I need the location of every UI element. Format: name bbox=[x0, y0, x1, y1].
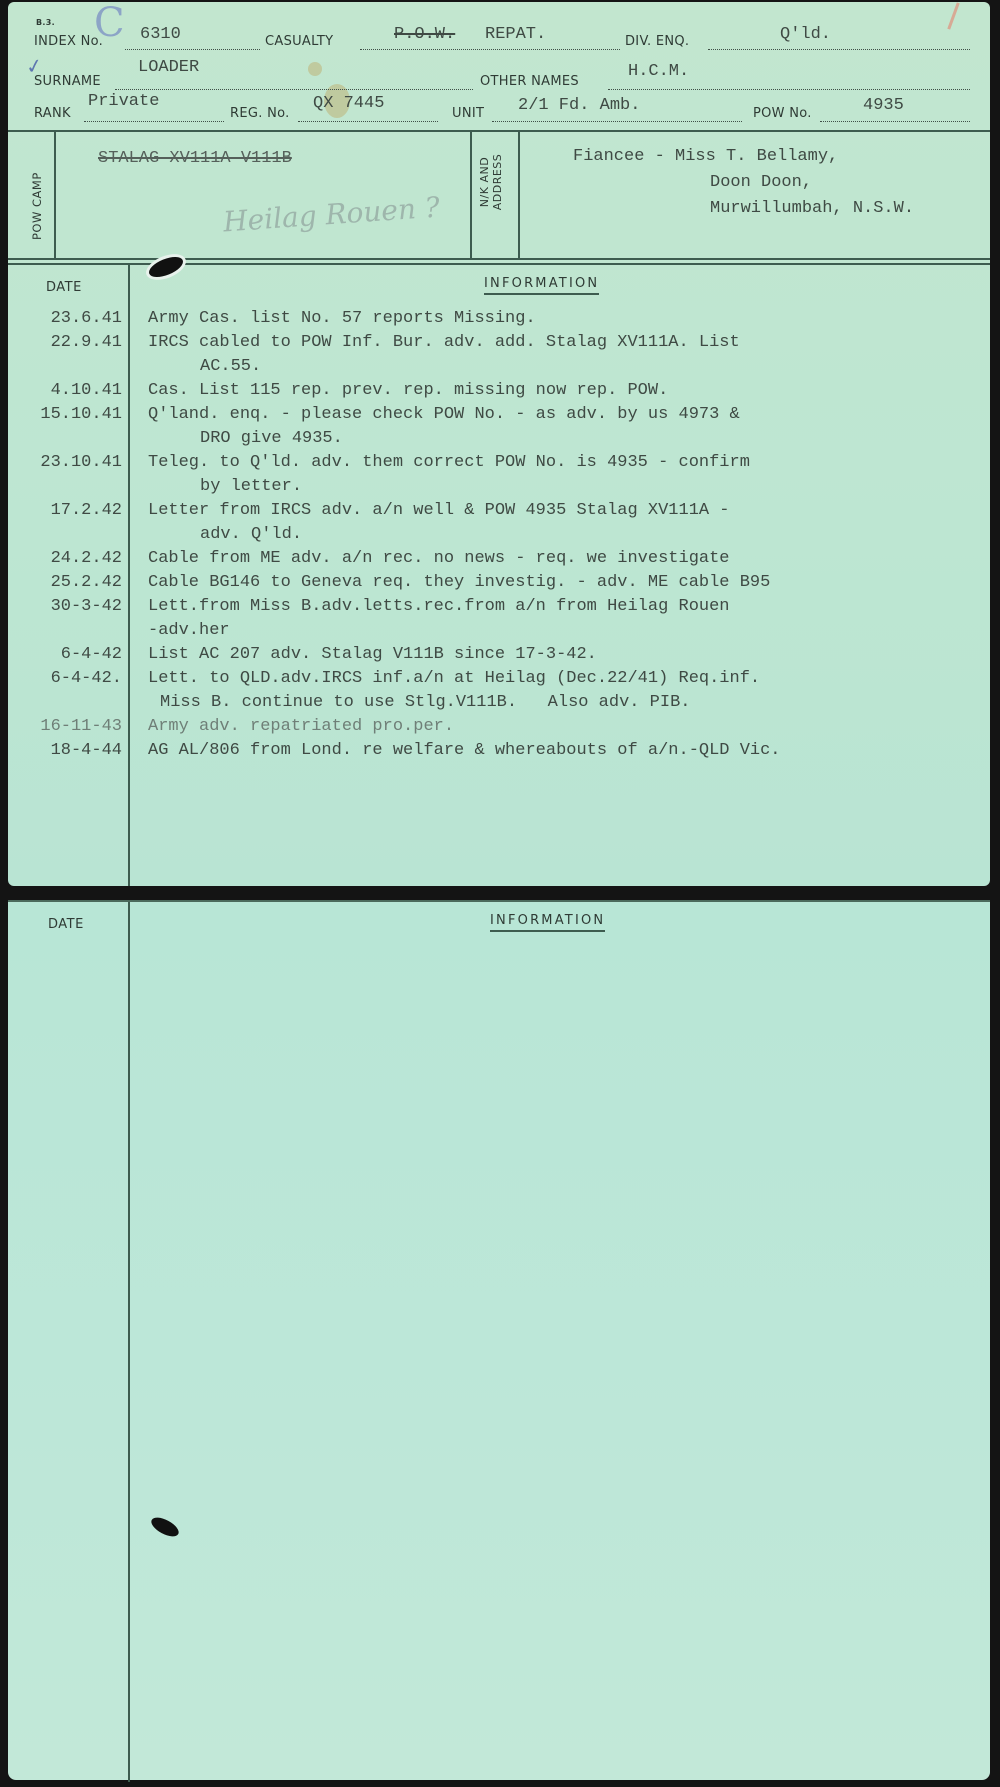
entry-text: Lett. to QLD.adv.IRCS inf.a/n at Heilag … bbox=[148, 667, 990, 691]
entry-row: 18-4-44AG AL/806 from Lond. re welfare &… bbox=[8, 739, 990, 763]
entry-date: 25.2.42 bbox=[8, 571, 122, 595]
entry-row: 22.9.41IRCS cabled to POW Inf. Bur. adv.… bbox=[8, 331, 990, 379]
divider bbox=[8, 900, 990, 902]
entry-row: 16-11-43Army adv. repatriated pro.per. bbox=[8, 715, 990, 739]
entry-row: 30-3-42Lett.from Miss B.adv.letts.rec.fr… bbox=[8, 595, 990, 643]
entry-date: 23.6.41 bbox=[8, 307, 122, 331]
entry-row: 6-4-42.Lett. to QLD.adv.IRCS inf.a/n at … bbox=[8, 667, 990, 715]
entry-date: 30-3-42 bbox=[8, 595, 122, 619]
information-column-header: INFORMATION bbox=[490, 913, 605, 932]
divider bbox=[470, 130, 472, 258]
div-enq-label: DIV. ENQ. bbox=[625, 34, 689, 49]
entry-date: 24.2.42 bbox=[8, 547, 122, 571]
dotted-line bbox=[492, 121, 742, 122]
dotted-line bbox=[820, 121, 970, 122]
pow-camp-label: POW CAMP bbox=[30, 172, 44, 240]
entry-row: 23.6.41Army Cas. list No. 57 reports Mis… bbox=[8, 307, 990, 331]
nk-line-3: Murwillumbah, N.S.W. bbox=[710, 196, 914, 222]
entry-row: 17.2.42Letter from IRCS adv. a/n well & … bbox=[8, 499, 990, 547]
unit-label: UNIT bbox=[452, 106, 484, 121]
entry-text: Cas. List 115 rep. prev. rep. missing no… bbox=[148, 379, 990, 403]
stain bbox=[308, 62, 322, 76]
entry-text: Cable from ME adv. a/n rec. no news - re… bbox=[148, 547, 990, 571]
pow-no-value: 4935 bbox=[863, 96, 904, 115]
entry-row: 4.10.41Cas. List 115 rep. prev. rep. mis… bbox=[8, 379, 990, 403]
divider bbox=[8, 130, 990, 132]
entry-date: 23.10.41 bbox=[8, 451, 122, 475]
entry-text: Letter from IRCS adv. a/n well & POW 493… bbox=[148, 499, 990, 523]
entry-text: Cable BG146 to Geneva req. they investig… bbox=[148, 571, 990, 595]
unit-value: 2/1 Fd. Amb. bbox=[518, 96, 640, 115]
entry-row: 25.2.42Cable BG146 to Geneva req. they i… bbox=[8, 571, 990, 595]
entry-text-continued: DRO give 4935. bbox=[200, 427, 990, 451]
red-pencil-mark bbox=[947, 2, 959, 29]
entry-date: 22.9.41 bbox=[8, 331, 122, 355]
dotted-line bbox=[115, 89, 473, 90]
div-enq-value: Q'ld. bbox=[780, 25, 831, 44]
surname-value: LOADER bbox=[138, 58, 199, 77]
record-card-front: C ✓ B.3. INDEX No. 6310 CASUALTY P.O.W. … bbox=[8, 2, 990, 886]
entry-date: 4.10.41 bbox=[8, 379, 122, 403]
reg-no-value: QX 7445 bbox=[313, 94, 384, 113]
dotted-line bbox=[298, 121, 438, 122]
entry-text: Army adv. repatriated pro.per. bbox=[148, 715, 990, 739]
entry-text: AG AL/806 from Lond. re welfare & wherea… bbox=[148, 739, 990, 763]
entry-date: 6-4-42. bbox=[8, 667, 122, 691]
entry-text: Army Cas. list No. 57 reports Missing. bbox=[148, 307, 990, 331]
nk-line-2: Doon Doon, bbox=[710, 170, 812, 196]
dotted-line bbox=[84, 121, 224, 122]
entry-list: 23.6.41Army Cas. list No. 57 reports Mis… bbox=[8, 307, 990, 763]
divider bbox=[518, 130, 520, 258]
record-card-continuation: DATE INFORMATION bbox=[8, 900, 990, 1780]
casualty-struck-value: P.O.W. bbox=[394, 25, 455, 44]
entry-text-continued: adv. Q'ld. bbox=[200, 523, 990, 547]
entry-text: Q'land. enq. - please check POW No. - as… bbox=[148, 403, 990, 427]
punch-hole bbox=[148, 1514, 181, 1540]
entry-row: 6-4-42List AC 207 adv. Stalag V111B sinc… bbox=[8, 643, 990, 667]
entry-text-continued: AC.55. bbox=[200, 355, 990, 379]
entry-row: 23.10.41Teleg. to Q'ld. adv. them correc… bbox=[8, 451, 990, 499]
pow-camp-handwritten: Heilag Rouen ? bbox=[222, 190, 441, 238]
rank-value: Private bbox=[88, 92, 159, 111]
date-column-header: DATE bbox=[48, 917, 84, 932]
surname-label: SURNAME bbox=[34, 74, 101, 89]
pow-no-label: POW No. bbox=[753, 106, 812, 121]
entry-date: 6-4-42 bbox=[8, 643, 122, 667]
index-no-label: INDEX No. bbox=[34, 34, 103, 49]
form-code: B.3. bbox=[36, 18, 55, 27]
entry-text: Teleg. to Q'ld. adv. them correct POW No… bbox=[148, 451, 990, 475]
entry-text-continued: -adv.her bbox=[148, 619, 990, 643]
entry-text: IRCS cabled to POW Inf. Bur. adv. add. S… bbox=[148, 331, 990, 355]
nk-address-label: N/K AND ADDRESS bbox=[478, 134, 504, 230]
entry-row: 24.2.42Cable from ME adv. a/n rec. no ne… bbox=[8, 547, 990, 571]
entry-text-continued: by letter. bbox=[200, 475, 990, 499]
other-names-value: H.C.M. bbox=[628, 62, 689, 81]
dotted-line bbox=[608, 89, 970, 90]
date-column-header: DATE bbox=[46, 280, 82, 295]
entry-text: Lett.from Miss B.adv.letts.rec.from a/n … bbox=[148, 595, 990, 619]
other-names-label: OTHER NAMES bbox=[480, 74, 579, 89]
entry-date: 18-4-44 bbox=[8, 739, 122, 763]
dotted-line bbox=[360, 49, 620, 50]
entry-row: 15.10.41Q'land. enq. - please check POW … bbox=[8, 403, 990, 451]
entry-date: 16-11-43 bbox=[8, 715, 122, 739]
divider bbox=[8, 258, 990, 260]
divider bbox=[54, 130, 56, 258]
pow-camp-typed: STALAG XV111A V111B bbox=[98, 149, 292, 168]
reg-no-label: REG. No. bbox=[230, 106, 290, 121]
dotted-line bbox=[125, 49, 260, 50]
casualty-label: CASUALTY bbox=[265, 34, 333, 49]
information-column-header: INFORMATION bbox=[484, 276, 599, 295]
entry-text: List AC 207 adv. Stalag V111B since 17-3… bbox=[148, 643, 990, 667]
entry-date: 15.10.41 bbox=[8, 403, 122, 427]
index-no-value: 6310 bbox=[140, 25, 181, 44]
rank-label: RANK bbox=[34, 106, 71, 121]
casualty-value: REPAT. bbox=[485, 25, 546, 44]
dotted-line bbox=[708, 49, 970, 50]
nk-line-1: Fiancee - Miss T. Bellamy, bbox=[573, 144, 838, 170]
entry-text-continued: Miss B. continue to use Stlg.V111B. Also… bbox=[160, 691, 990, 715]
entry-date: 17.2.42 bbox=[8, 499, 122, 523]
date-column-divider bbox=[128, 902, 130, 1782]
